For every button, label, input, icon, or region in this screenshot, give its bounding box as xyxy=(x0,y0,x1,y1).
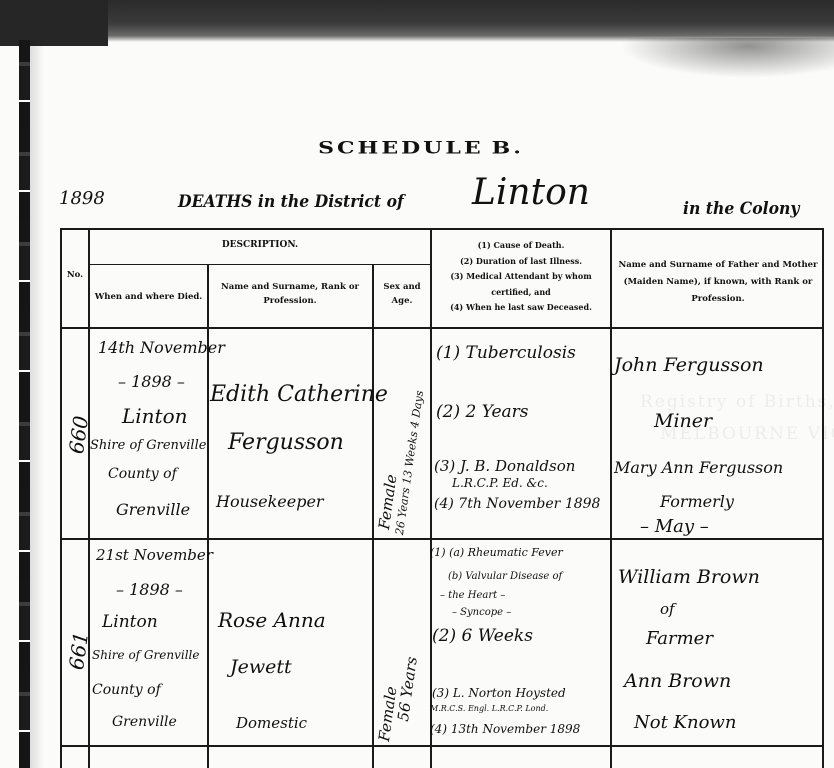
medical-attendant: (3) J. B. Donaldson xyxy=(434,457,575,475)
header-no: No. xyxy=(62,268,88,282)
district-name: Linton xyxy=(472,172,590,213)
mother-name: Ann Brown xyxy=(624,670,731,692)
table-top-border xyxy=(60,228,824,230)
scanner-top-band xyxy=(0,0,834,42)
table-left-border xyxy=(60,228,62,768)
death-date: 21st November xyxy=(96,546,213,564)
death-county: Grenville xyxy=(116,500,190,519)
mother-maiden-name: Not Known xyxy=(634,712,736,733)
deceased-surname: Jewett xyxy=(230,656,292,678)
col-divider-name xyxy=(372,264,374,768)
deceased-given-names: Edith Catherine xyxy=(210,382,388,407)
last-seen-date: (4) 13th November 1898 xyxy=(430,722,580,736)
death-county-label: County of xyxy=(92,682,161,698)
schedule-title-word: SCHEDULE xyxy=(310,138,483,158)
deaths-district-label: DEATHS in the District of xyxy=(178,192,404,212)
row-660-bottom-border xyxy=(60,538,824,540)
deceased-surname: Fergusson xyxy=(228,430,344,455)
father-name: John Fergusson xyxy=(614,354,764,376)
header-parents: Name and Surname of Father and Mother (M… xyxy=(618,257,818,308)
schedule-title: SCHEDULEB. xyxy=(0,138,834,158)
header-cause-1: (1) Cause of Death. xyxy=(436,238,606,254)
colony-label: in the Colony xyxy=(683,199,799,219)
death-county-label: County of xyxy=(108,466,177,482)
entry-number: 661 xyxy=(64,630,93,671)
cause-of-death-c: – the Heart – xyxy=(440,590,505,601)
header-cause-3: (3) Medical Attendant by whom certified,… xyxy=(436,269,606,300)
death-shire: Shire of Grenville xyxy=(92,648,199,662)
illness-duration: (2) 6 Weeks xyxy=(432,626,533,646)
cause-of-death-d: – Syncope – xyxy=(452,607,511,618)
register-year: 1898 xyxy=(59,188,105,209)
death-year: – 1898 – xyxy=(116,580,183,599)
watermark-line-1: Registry of Births, Deaths and Marriages xyxy=(640,392,834,412)
cause-of-death: (1) Tuberculosis xyxy=(436,343,576,363)
death-shire: Shire of Grenville xyxy=(90,438,206,453)
header-when-where: When and where Died. xyxy=(90,290,207,304)
mother-maiden-name: – May – xyxy=(640,516,709,537)
description-divider xyxy=(88,264,430,265)
illness-duration: (2) 2 Years xyxy=(436,402,529,422)
mother-name: Mary Ann Fergusson xyxy=(614,458,783,477)
deceased-profession: Domestic xyxy=(236,714,307,732)
death-year: – 1898 – xyxy=(118,372,185,391)
header-sex-age: Sex and Age. xyxy=(376,280,428,308)
attendant-qualifications: M.R.C.S. Engl. L.R.C.P. Lond. xyxy=(430,704,548,713)
header-cause: (1) Cause of Death. (2) Duration of last… xyxy=(436,238,606,316)
deceased-age: 56 Years xyxy=(394,655,421,722)
last-seen-date: (4) 7th November 1898 xyxy=(434,496,600,512)
death-date: 14th November xyxy=(98,338,225,357)
death-county: Grenville xyxy=(112,714,177,730)
deceased-given-names: Rose Anna xyxy=(218,608,326,632)
father-of: of xyxy=(660,600,675,618)
table-right-border xyxy=(822,228,824,768)
header-cause-2: (2) Duration of last Illness. xyxy=(436,254,606,270)
father-profession: Miner xyxy=(654,410,712,432)
cause-of-death-b: (b) Valvular Disease of xyxy=(448,571,562,582)
deceased-age: 26 Years 13 Weeks 4 Days xyxy=(393,366,430,536)
death-place: Linton xyxy=(102,612,158,632)
attendant-qualifications: L.R.C.P. Ed. &c. xyxy=(452,476,548,490)
death-place: Linton xyxy=(122,404,188,428)
medical-attendant: (3) L. Norton Hoysted xyxy=(432,686,566,700)
header-bottom-border xyxy=(60,327,824,329)
col-divider-cause xyxy=(610,228,612,768)
deceased-profession: Housekeeper xyxy=(216,492,324,511)
header-cause-4: (4) When he last saw Deceased. xyxy=(436,300,606,316)
schedule-title-letter: B. xyxy=(484,138,524,158)
mother-maiden-label: Formerly xyxy=(660,492,734,511)
header-name: Name and Surname, Rank or Profession. xyxy=(218,280,362,308)
cause-of-death-a: (1) (a) Rheumatic Fever xyxy=(430,546,563,559)
scan-smudge xyxy=(620,38,834,78)
header-description: DESCRIPTION. xyxy=(90,238,430,252)
father-name: William Brown xyxy=(618,566,760,588)
entry-number: 660 xyxy=(64,414,93,455)
col-divider-no xyxy=(88,228,90,768)
father-profession: Farmer xyxy=(646,628,713,649)
row-661-bottom-border xyxy=(60,745,824,747)
